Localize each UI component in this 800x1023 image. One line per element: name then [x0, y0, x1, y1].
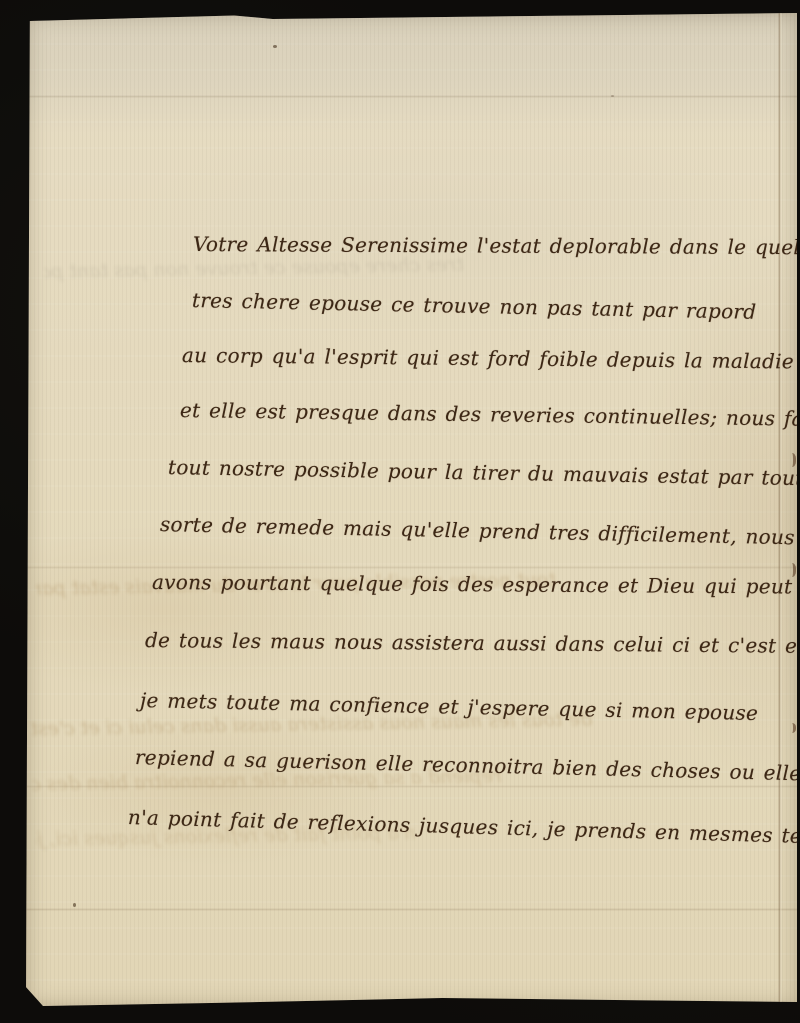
paper-speck: [611, 95, 614, 97]
handwriting-line: n'a point fait de reflexions jusques ici…: [128, 805, 800, 849]
paper-speck: [73, 903, 76, 907]
horizontal-crease: [26, 785, 797, 788]
handwriting-line: et elle est presque dans des reveries co…: [180, 398, 800, 431]
handwriting-line: je mets toute ma confience et j'espere q…: [140, 688, 759, 725]
horizontal-crease: [26, 95, 797, 98]
handwriting-line: sorte de remede mais qu'elle prend tres …: [160, 512, 795, 549]
handwriting-line: repiend a sa guerison elle reconnoitra b…: [135, 745, 800, 785]
horizontal-crease: [26, 908, 797, 911]
handwriting-line: avons pourtant quelque fois des esperanc…: [152, 570, 800, 599]
facing-page-ink-marks: [789, 123, 796, 743]
handwriting-line: au corp qu'a l'esprit qui est ford foibl…: [182, 343, 794, 373]
handwriting-line: tout nostre possible pour la tirer du ma…: [168, 455, 800, 490]
horizontal-crease: [26, 566, 797, 569]
vertical-fold-crease: [778, 13, 782, 1007]
ink-show-through: tres chere epouse ce trouve non pas tant…: [44, 253, 464, 282]
scan-background: tres chere epouse ce trouve non pas tant…: [0, 0, 800, 1023]
handwriting-line: Votre Altesse Serenissime l'estat deplor…: [193, 232, 800, 259]
paper-speck: [273, 45, 277, 48]
handwriting-line: tres chere epouse ce trouve non pas tant…: [192, 288, 757, 324]
handwriting-line: de tous les maus nous assistera aussi da…: [145, 628, 800, 659]
letter-page: tres chere epouse ce trouve non pas tant…: [26, 13, 797, 1007]
